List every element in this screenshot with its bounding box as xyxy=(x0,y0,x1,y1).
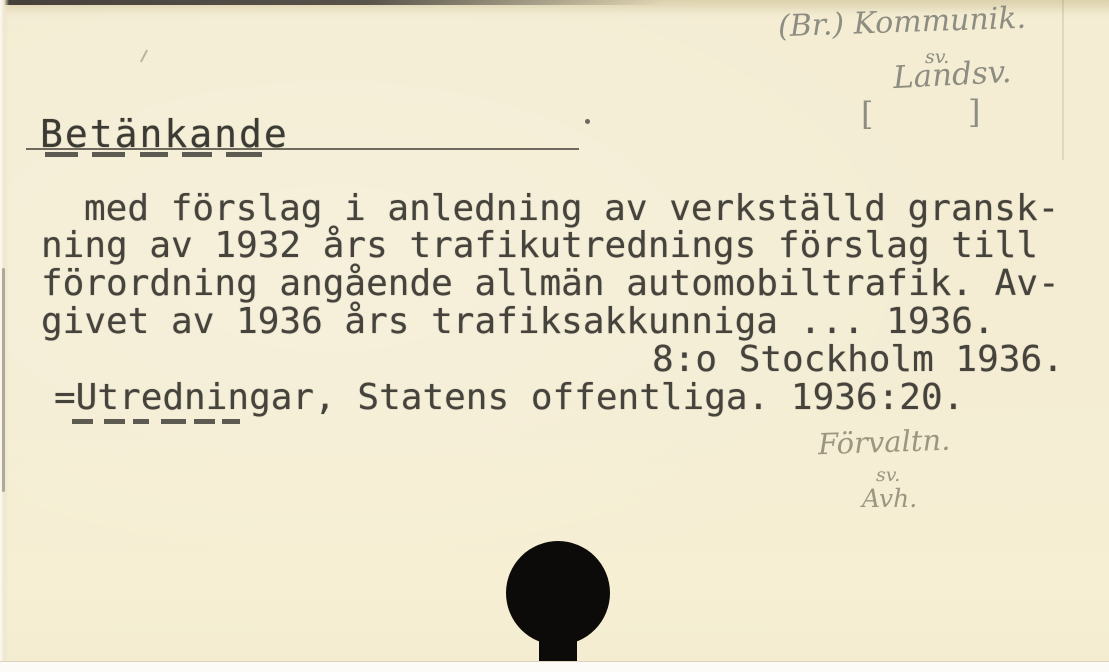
card-left-edge-shadow xyxy=(2,268,5,492)
series-dash xyxy=(104,419,125,424)
heading-dot-mark xyxy=(585,119,590,124)
card-crease xyxy=(1062,0,1064,160)
series-dash xyxy=(222,419,240,424)
handwritten-classification: (Br.) Kommunik. xyxy=(778,4,1027,43)
pencil-slash-mark xyxy=(140,49,148,62)
handwritten-forvaltn: Förvaltn. xyxy=(818,426,951,460)
punch-hole xyxy=(506,541,610,645)
body-line: givet av 1936 års trafiksakkunniga ... 1… xyxy=(41,304,995,340)
series-dash xyxy=(133,419,149,424)
heading-dash xyxy=(140,152,168,157)
series-dash xyxy=(161,419,186,424)
heading-underline xyxy=(26,148,579,150)
catalog-card: (Br.) Kommunik. sv. Landsv. [ ] Betänkan… xyxy=(0,0,1109,672)
heading-dash xyxy=(182,152,212,157)
body-line: ning av 1932 års trafikutrednings försla… xyxy=(41,228,1038,264)
card-top-edge xyxy=(0,0,662,5)
handwritten-sub-sv-bottom: sv. xyxy=(876,466,900,485)
bracket-close: ] xyxy=(968,96,980,128)
body-line: med förslag i anledning av verkställd gr… xyxy=(84,191,1059,227)
handwritten-landsv: Landsv. xyxy=(892,57,1012,94)
body-line: förordning angående allmän automobiltraf… xyxy=(41,266,1060,302)
handwritten-avh: Avh. xyxy=(862,486,917,511)
bracket-open: [ xyxy=(861,98,873,130)
series-dash xyxy=(194,419,215,424)
heading-dash xyxy=(92,152,125,157)
body-line-series: =Utredningar, Statens offentliga. 1936:2… xyxy=(54,380,964,416)
heading-dash xyxy=(45,152,78,157)
body-line-imprint: 8:o Stockholm 1936. xyxy=(652,342,1064,378)
scan-bottom-margin xyxy=(0,661,1109,672)
heading-dash xyxy=(226,152,262,157)
series-dash xyxy=(72,419,93,424)
